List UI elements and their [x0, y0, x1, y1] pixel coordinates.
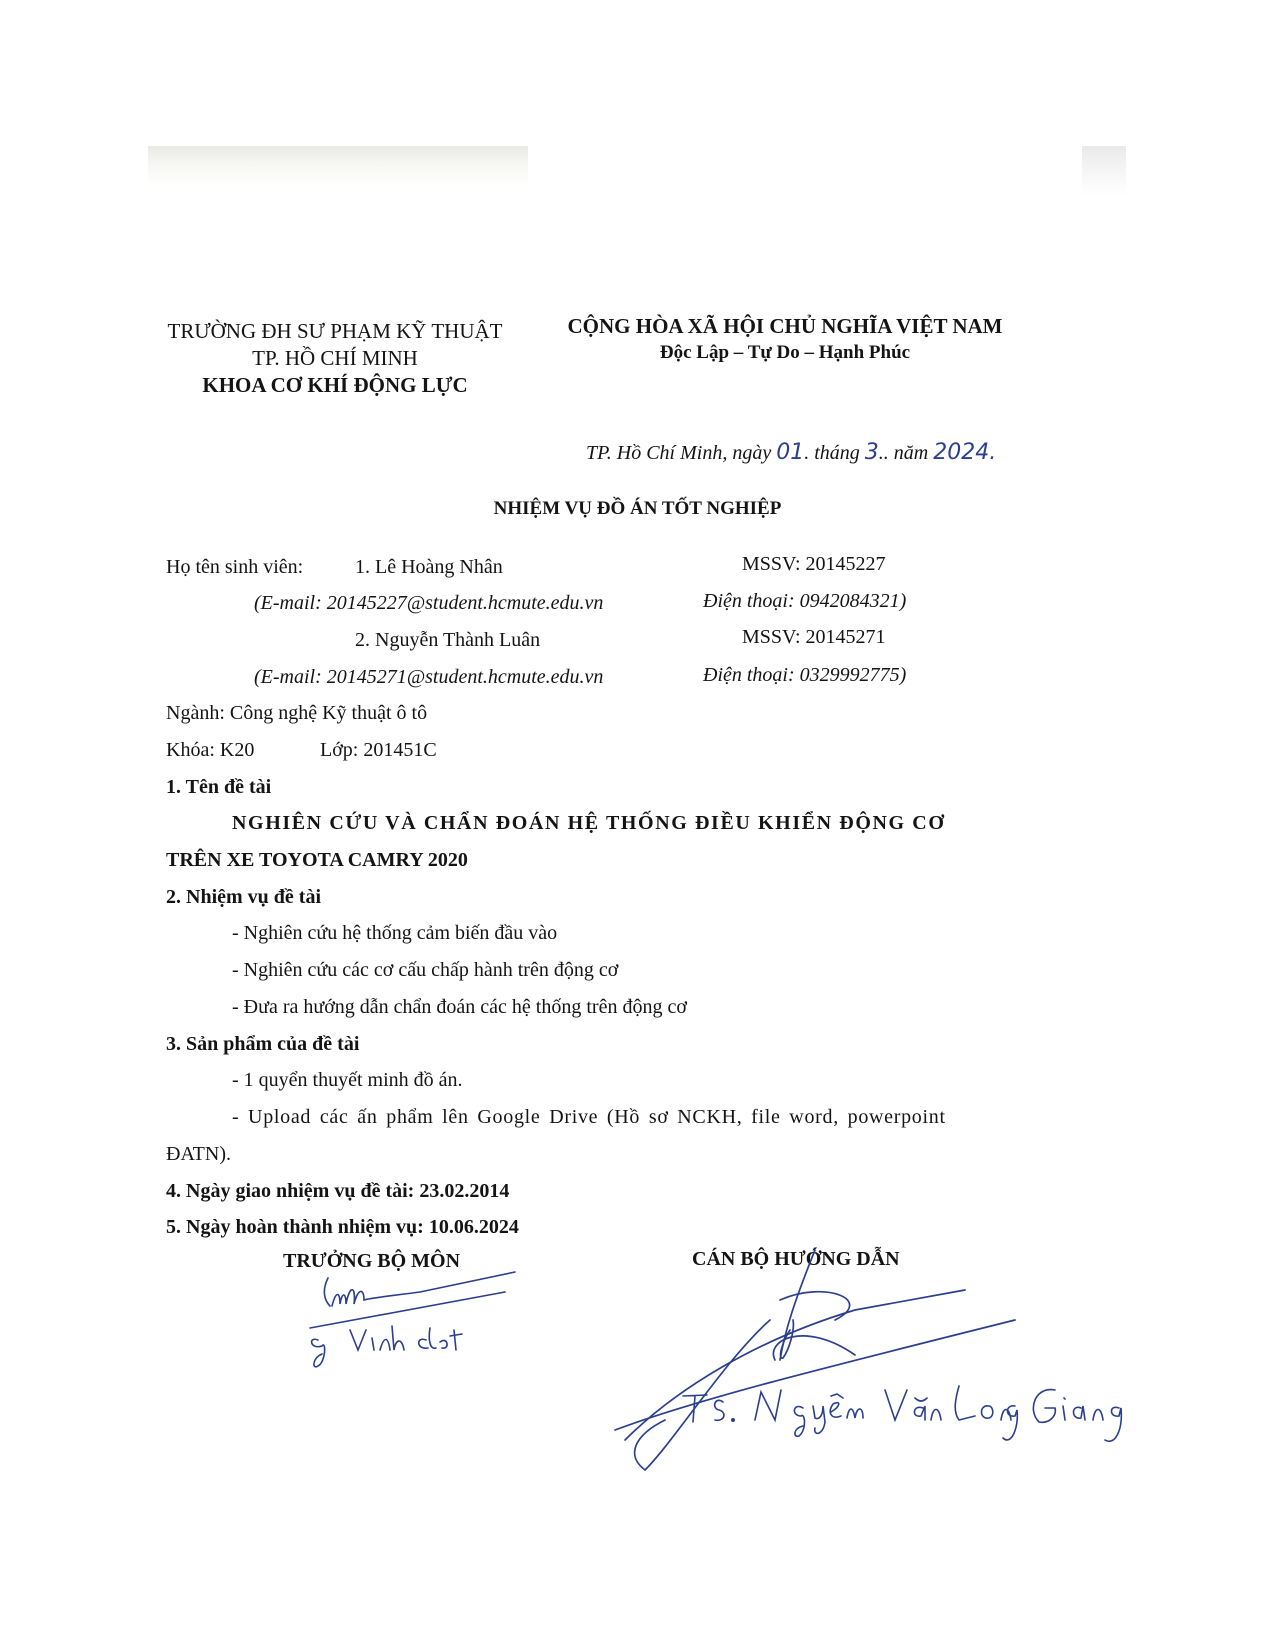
scan-shadow-left	[148, 146, 528, 186]
product-item: - Upload các ấn phẩm lên Google Drive (H…	[232, 1106, 946, 1129]
head-of-department-signature: Lý Vĩnh Đạt	[300, 1270, 540, 1380]
student-1-name: 1. Lê Hoàng Nhân	[355, 556, 503, 579]
republic-name: CỘNG HÒA XÃ HỘI CHỦ NGHĨA VIỆT NAM	[545, 312, 1025, 340]
task-item: - Nghiên cứu hệ thống cảm biến đầu vào	[232, 922, 557, 945]
product-item-continued: ĐATN).	[166, 1143, 231, 1166]
major: Ngành: Công nghệ Kỹ thuật ô tô	[166, 702, 427, 725]
students-label: Họ tên sinh viên:	[166, 556, 303, 579]
thesis-title-line-1: NGHIÊN CỨU VÀ CHẨN ĐOÁN HỆ THỐNG ĐIỀU KH…	[232, 812, 946, 835]
school-header: TRƯỜNG ĐH SƯ PHẠM KỸ THUẬT TP. HỒ CHÍ MI…	[140, 318, 530, 399]
task-item: - Đưa ra hướng dẫn chẩn đoán các hệ thốn…	[232, 996, 687, 1019]
thesis-title-line-2: TRÊN XE TOYOTA CAMRY 2020	[166, 849, 468, 872]
date-year: 2024	[933, 440, 989, 465]
document-title: NHIỆM VỤ ĐỒ ÁN TỐT NGHIỆP	[0, 498, 1275, 520]
student-2-mssv: MSSV: 20145271	[742, 626, 886, 649]
course: Khóa: K20	[166, 739, 254, 762]
school-city: TP. HỒ CHÍ MINH	[140, 345, 530, 372]
date-prefix: TP. Hồ Chí Minh, ngày	[586, 442, 776, 464]
completion-date: 5. Ngày hoàn thành nhiệm vụ: 10.06.2024	[166, 1216, 519, 1239]
section-2-heading: 2. Nhiệm vụ đề tài	[166, 886, 321, 909]
student-1-phone: Điện thoại: 0942084321)	[703, 590, 906, 613]
date-suffix: .	[989, 440, 996, 465]
date-year-label: .. năm	[879, 442, 933, 464]
date-month-label: . tháng	[804, 442, 865, 464]
scan-shadow-right	[1082, 146, 1126, 196]
student-1-email: (E-mail: 20145227@student.hcmute.edu.vn	[254, 592, 603, 615]
student-1-mssv: MSSV: 20145227	[742, 553, 886, 576]
section-3-heading: 3. Sản phẩm của đề tài	[166, 1033, 359, 1056]
student-2-phone: Điện thoại: 0329992775)	[703, 664, 906, 687]
product-item: - 1 quyển thuyết minh đồ án.	[232, 1069, 463, 1092]
date-month: 3	[865, 440, 879, 465]
national-motto: Độc Lập – Tự Do – Hạnh Phúc	[545, 340, 1025, 366]
supervisor-signature: TS. Nguyễn Văn Long Giang	[615, 1240, 1125, 1460]
date-line: TP. Hồ Chí Minh, ngày 01. tháng 3.. năm …	[586, 440, 996, 465]
faculty-name: KHOA CƠ KHÍ ĐỘNG LỰC	[140, 372, 530, 399]
national-header: CỘNG HÒA XÃ HỘI CHỦ NGHĨA VIỆT NAM Độc L…	[545, 312, 1025, 366]
class: Lớp: 201451C	[320, 739, 437, 762]
student-2-name: 2. Nguyễn Thành Luân	[355, 629, 540, 652]
student-2-email: (E-mail: 20145271@student.hcmute.edu.vn	[254, 666, 603, 689]
section-1-heading: 1. Tên đề tài	[166, 776, 271, 799]
date-day: 01	[776, 440, 804, 465]
school-name: TRƯỜNG ĐH SƯ PHẠM KỸ THUẬT	[140, 318, 530, 345]
task-item: - Nghiên cứu các cơ cấu chấp hành trên đ…	[232, 959, 618, 982]
assignment-date: 4. Ngày giao nhiệm vụ đề tài: 23.02.2014	[166, 1180, 509, 1203]
